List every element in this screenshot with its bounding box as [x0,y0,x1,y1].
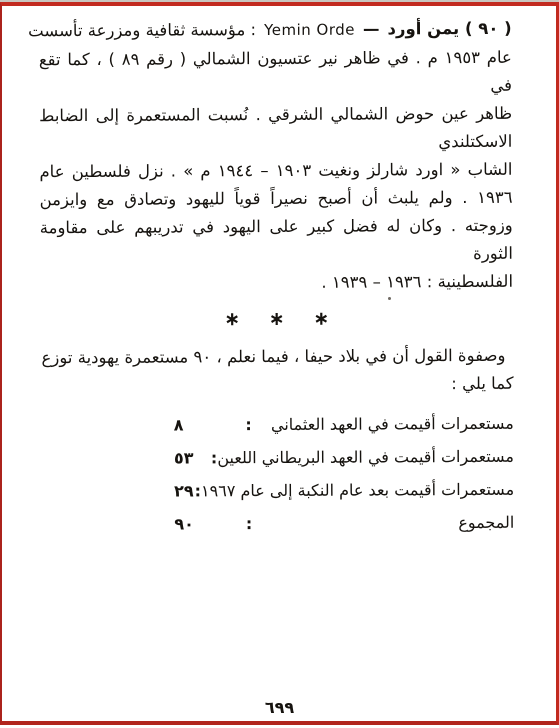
row-colon: : [195,481,202,500]
row-value: ٢٩ [174,481,194,500]
row-colon: : [211,448,218,467]
summary-intro-line: كما يلي : [40,370,513,400]
row-label: مستعمرات أقيمت بعد عام النكبة إلى عام ١٩… [201,480,514,501]
entry-header-line: ( ٩٠ ) يمن أورد — Yemin Orde : مؤسسة ثقا… [39,14,512,46]
scan-speck [388,297,391,300]
summary-row: مستعمرات أقيمت بعد عام النكبة إلى عام ١٩… [174,473,514,508]
row-value-cell: : ٨ [174,415,252,434]
row-label: المجموع [458,513,514,532]
summary-intro-line: وصفوة القول أن في بلاد حيفا ، فيما نعلم … [40,342,513,372]
entry-index-name: ( ٩٠ ) يمن أورد [387,14,511,45]
row-label: مستعمرات أقيمت في العهد العثماني [271,414,514,434]
dash-separator: — [363,14,380,44]
row-colon: : [245,415,252,434]
body-line: الفلسطينية : ١٩٣٦ – ١٩٣٩ . [40,268,513,298]
row-value: ٥٣ [174,448,194,467]
row-value-cell: : ٩٠ [174,514,252,533]
row-value: ٩٠ [174,514,194,533]
row-value: ٨ [174,415,184,434]
row-label: مستعمرات أقيمت في العهد البريطاني اللعين [217,447,514,468]
scan-edge-line [0,0,559,2]
body-line: عام ١٩٥٣ م . في ظاهر نير عتسيون الشمالي … [39,44,512,102]
row-value-cell: : ٥٣ [174,448,217,467]
body-line: ١٩٣٦ . ولم يلبث أن أصبح نصيراً قوياً للي… [40,184,513,214]
entry-definition: : مؤسسة ثقافية ومزرعة تأسست [28,15,256,46]
body-line: الشاب « اورد شارلز ونغيت ١٩٠٣ – ١٩٤٤ م »… [39,156,512,186]
section-separator-asterisks: ∗ ∗ ∗ [40,306,513,332]
summary-row: المجموع : ٩٠ [174,506,514,541]
summary-row: مستعمرات أقيمت في العهد العثماني : ٨ [174,407,514,442]
summary-list: مستعمرات أقيمت في العهد العثماني : ٨ مست… [174,407,515,541]
row-value-cell: : ٢٩ [174,481,201,500]
body-line: وزوجته . وكان له فضل كبير على اليهود في … [40,212,513,270]
summary-row: مستعمرات أقيمت في العهد البريطاني اللعين… [174,440,514,475]
body-line: ظاهر عين حوض الشمالي الشرقي . نُسبت المس… [39,100,512,158]
entry-latin-name: Yemin Orde [264,15,355,45]
page-number: ٦٩٩ [0,698,559,717]
page-content: ( ٩٠ ) يمن أورد — Yemin Orde : مؤسسة ثقا… [39,14,515,541]
row-colon: : [246,514,253,533]
